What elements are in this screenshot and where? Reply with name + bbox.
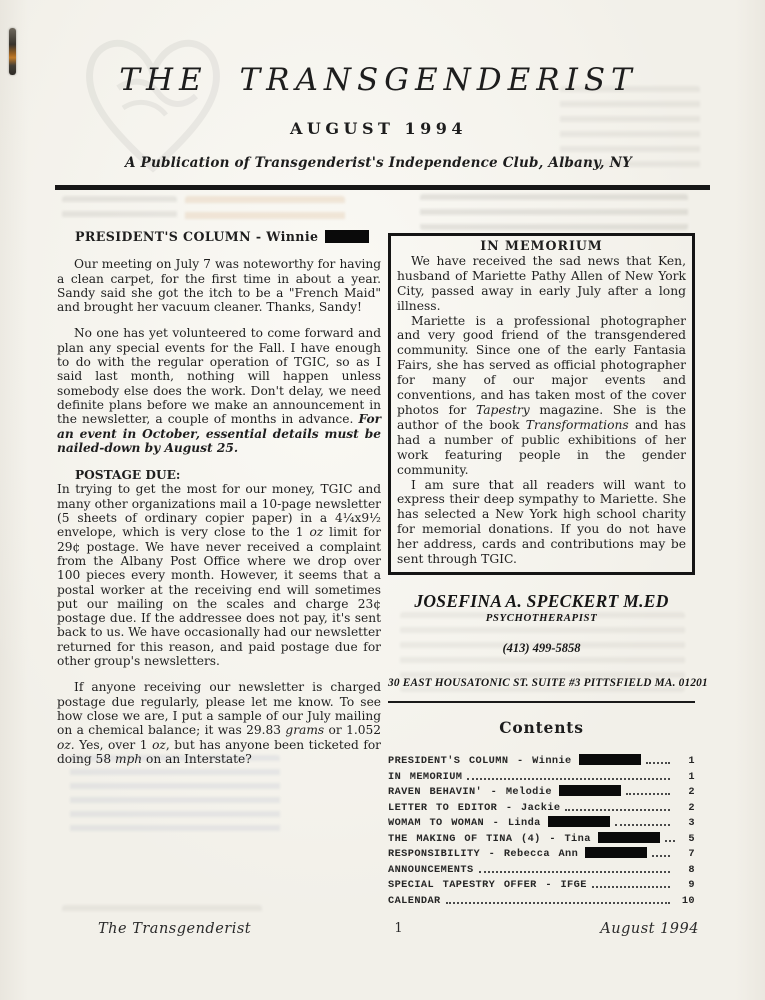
contents-label: IN MEMORIUM bbox=[388, 771, 462, 783]
dot-leader bbox=[615, 824, 670, 826]
redaction-box bbox=[585, 847, 647, 858]
contents-row: CALENDAR 10 bbox=[388, 891, 695, 907]
contents-label-text: ANNOUNCEMENTS bbox=[388, 864, 474, 876]
contents-label-text: LETTER TO EDITOR - Jackie bbox=[388, 802, 560, 814]
contents-label-text: PRESIDENT'S COLUMN - Winnie bbox=[388, 755, 572, 767]
ad-role: PSYCHOTHERAPIST bbox=[388, 612, 695, 624]
paragraph-text: I am sure that all readers will want to … bbox=[397, 478, 686, 567]
contents-page-number: 10 bbox=[675, 895, 695, 907]
contents-page-number: 7 bbox=[675, 848, 695, 860]
bleedthrough-artifact bbox=[185, 196, 345, 228]
masthead-rule bbox=[55, 185, 710, 190]
contents-label-text: WOMAM TO WOMAN - Linda bbox=[388, 817, 541, 829]
publication-subtitle: A Publication of Transgenderist's Indepe… bbox=[50, 155, 707, 171]
contents-label: THE MAKING OF TINA (4) - Tina bbox=[388, 833, 660, 845]
right-column: IN MEMORIUM We have received the sad new… bbox=[388, 233, 695, 907]
contents-row: RESPONSIBILITY - Rebecca Ann 7 bbox=[388, 845, 695, 861]
footer-page-number: 1 bbox=[298, 921, 498, 937]
contents-label: RAVEN BEHAVIN' - Melodie bbox=[388, 786, 621, 798]
contents-page-number: 2 bbox=[675, 786, 695, 798]
paragraph: In trying to get the most for our money,… bbox=[57, 482, 381, 668]
contents-row: WOMAM TO WOMAN - Linda 3 bbox=[388, 814, 695, 830]
italic-text: grams bbox=[285, 723, 324, 737]
paragraph: Mariette is a professional photographer … bbox=[397, 314, 686, 478]
therapist-ad: JOSEFINA A. SPECKERT M.ED PSYCHOTHERAPIS… bbox=[388, 591, 695, 703]
newsletter-page: THE TRANSGENDERIST AUGUST 1994 A Publica… bbox=[0, 0, 765, 1000]
contents-label: CALENDAR bbox=[388, 895, 441, 907]
in-memorium-box: IN MEMORIUM We have received the sad new… bbox=[388, 233, 695, 575]
italic-text: Transformations bbox=[526, 418, 629, 432]
masthead: THE TRANSGENDERIST AUGUST 1994 A Publica… bbox=[50, 62, 707, 171]
contents-page-number: 2 bbox=[675, 802, 695, 814]
dot-leader bbox=[446, 902, 670, 904]
redaction-box bbox=[598, 832, 660, 843]
italic-text: oz bbox=[152, 738, 166, 752]
paragraph-text: on an Interstate? bbox=[142, 752, 252, 766]
contents-row: ANNOUNCEMENTS 8 bbox=[388, 860, 695, 876]
paragraph-text: limit for 29¢ postage. We have never rec… bbox=[57, 525, 381, 668]
contents-row: THE MAKING OF TINA (4) - Tina 5 bbox=[388, 829, 695, 845]
paragraph-text: Mariette is a professional photographer … bbox=[397, 314, 686, 417]
italic-text: oz. bbox=[57, 738, 75, 752]
redaction-box bbox=[579, 754, 641, 765]
dot-leader bbox=[646, 762, 670, 764]
in-memorium-title: IN MEMORIUM bbox=[397, 239, 686, 254]
contents-section: Contents PRESIDENT'S COLUMN - Winnie 1 I… bbox=[388, 718, 695, 907]
bleedthrough-artifact bbox=[420, 194, 688, 230]
contents-row: SPECIAL TAPESTRY OFFER - IFGE 9 bbox=[388, 876, 695, 892]
issue-date: AUGUST 1994 bbox=[50, 119, 707, 138]
dot-leader bbox=[565, 809, 670, 811]
paragraph-text: Our meeting on July 7 was noteworthy for… bbox=[57, 257, 381, 314]
page-footer: The Transgenderist 1 August 1994 bbox=[98, 921, 699, 937]
dot-leader bbox=[652, 855, 670, 857]
contents-label-text: RESPONSIBILITY - Rebecca Ann bbox=[388, 848, 578, 860]
dot-leader bbox=[479, 871, 670, 873]
dot-leader bbox=[467, 778, 670, 780]
paragraph: No one has yet volunteered to come forwa… bbox=[57, 326, 381, 455]
contents-label-text: THE MAKING OF TINA (4) - Tina bbox=[388, 833, 591, 845]
contents-page-number: 3 bbox=[675, 817, 695, 829]
dot-leader bbox=[592, 886, 670, 888]
dot-leader bbox=[626, 793, 670, 795]
redaction-box bbox=[548, 816, 610, 827]
italic-text: Tapestry bbox=[476, 403, 530, 417]
paragraph-text: We have received the sad news that Ken, … bbox=[397, 254, 686, 313]
contents-row: RAVEN BEHAVIN' - Melodie 2 bbox=[388, 783, 695, 799]
redaction-box bbox=[325, 230, 369, 243]
contents-row: LETTER TO EDITOR - Jackie 2 bbox=[388, 798, 695, 814]
contents-label: PRESIDENT'S COLUMN - Winnie bbox=[388, 755, 641, 767]
paragraph-text: No one has yet volunteered to come forwa… bbox=[57, 326, 381, 426]
contents-label-text: IN MEMORIUM bbox=[388, 771, 462, 783]
contents-page-number: 1 bbox=[675, 771, 695, 783]
footer-newsletter-title: The Transgenderist bbox=[98, 921, 298, 937]
contents-heading: Contents bbox=[388, 718, 695, 737]
ad-name: JOSEFINA A. SPECKERT M.ED bbox=[388, 591, 695, 612]
ad-address: 30 EAST HOUSATONIC ST. SUITE #3 PITTSFIE… bbox=[388, 677, 695, 689]
bleedthrough-artifact bbox=[70, 755, 280, 835]
footer-issue-date: August 1994 bbox=[499, 921, 699, 937]
dot-leader bbox=[665, 840, 675, 842]
contents-page-number: 8 bbox=[675, 864, 695, 876]
postage-due-heading: POSTAGE DUE: bbox=[57, 468, 381, 482]
contents-row: IN MEMORIUM 1 bbox=[388, 767, 695, 783]
contents-page-number: 5 bbox=[680, 833, 695, 845]
contents-label-text: CALENDAR bbox=[388, 895, 441, 907]
bleedthrough-artifact bbox=[62, 196, 177, 226]
paragraph: Our meeting on July 7 was noteworthy for… bbox=[57, 257, 381, 314]
bleedthrough-artifact bbox=[62, 905, 262, 919]
paragraph: We have received the sad news that Ken, … bbox=[397, 254, 686, 314]
contents-label-text: SPECIAL TAPESTRY OFFER - IFGE bbox=[388, 879, 587, 891]
contents-label: RESPONSIBILITY - Rebecca Ann bbox=[388, 848, 647, 860]
paragraph: If anyone receiving our newsletter is ch… bbox=[57, 680, 381, 766]
presidents-column: PRESIDENT'S COLUMN - Winnie Our meeting … bbox=[57, 230, 381, 766]
contents-label: ANNOUNCEMENTS bbox=[388, 864, 474, 876]
paragraph-text: Yes, over 1 bbox=[75, 738, 152, 752]
staple-mark bbox=[9, 28, 16, 75]
paragraph: I am sure that all readers will want to … bbox=[397, 478, 686, 567]
contents-label: LETTER TO EDITOR - Jackie bbox=[388, 802, 560, 814]
contents-page-number: 1 bbox=[675, 755, 695, 767]
paragraph-text: or 1.052 bbox=[324, 723, 381, 737]
newsletter-title: THE TRANSGENDERIST bbox=[50, 62, 707, 98]
italic-text: oz bbox=[309, 525, 323, 539]
contents-page-number: 9 bbox=[675, 879, 695, 891]
presidents-column-heading-text: PRESIDENT'S COLUMN - Winnie bbox=[75, 229, 318, 244]
contents-label-text: RAVEN BEHAVIN' - Melodie bbox=[388, 786, 552, 798]
ad-divider-rule bbox=[388, 701, 695, 703]
contents-row: PRESIDENT'S COLUMN - Winnie 1 bbox=[388, 752, 695, 768]
ad-phone: (413) 499-5858 bbox=[388, 641, 695, 656]
presidents-column-heading: PRESIDENT'S COLUMN - Winnie bbox=[57, 230, 381, 244]
contents-label: WOMAM TO WOMAN - Linda bbox=[388, 817, 610, 829]
contents-label: SPECIAL TAPESTRY OFFER - IFGE bbox=[388, 879, 587, 891]
italic-text: mph bbox=[115, 752, 142, 766]
redaction-box bbox=[559, 785, 621, 796]
